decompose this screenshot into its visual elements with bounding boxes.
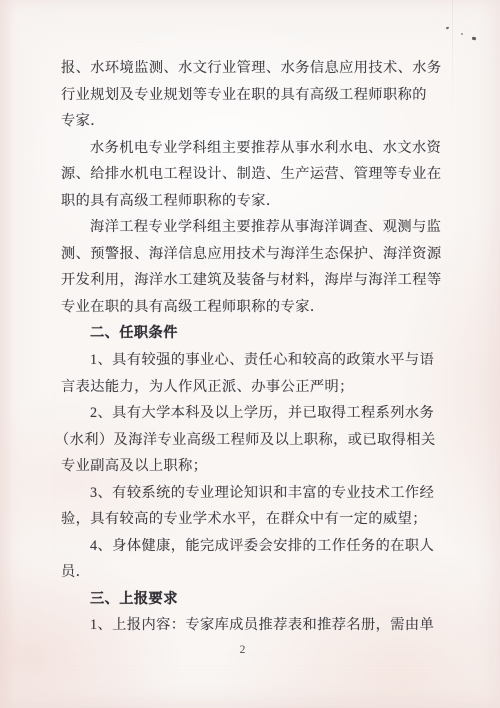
text-line: 专业副高及以上职称； bbox=[61, 453, 449, 480]
text-line: 2、具有大学本科及以上学历，并已取得工程系列水务 bbox=[61, 400, 449, 427]
text-line: 报、水环境监测、水文行业管理、水务信息应用技术、水务 bbox=[61, 55, 449, 82]
document-text: 报、水环境监测、水文行业管理、水务信息应用技术、水务 行业规划及专业规划等专业在… bbox=[61, 55, 449, 639]
text-line: 3、有较系统的专业理论知识和丰富的专业技术工作经 bbox=[61, 480, 449, 507]
text-line: 验，具有较高的专业学术水平，在群众中有一定的威望； bbox=[61, 506, 449, 533]
text-line: 4、身体健康，能完成评委会安排的工作任务的在职人 bbox=[61, 533, 449, 560]
text-line: 海洋工程专业学科组主要推荐从事海洋调查、观测与监 bbox=[61, 214, 449, 241]
text-line: 言表达能力，为人作风正派、办事公正严明； bbox=[61, 374, 449, 401]
paper-crease bbox=[452, 0, 453, 120]
text-line: 职的具有高级工程师职称的专家． bbox=[61, 188, 449, 215]
scanned-page: 报、水环境监测、水文行业管理、水务信息应用技术、水务 行业规划及专业规划等专业在… bbox=[0, 0, 500, 708]
section-heading: 三、上报要求 bbox=[61, 586, 449, 613]
text-line: （水利）及海洋专业高级工程师及以上职称，或已取得相关 bbox=[61, 427, 449, 454]
text-line: 开发利用，海洋水工建筑及装备与材料，海岸与海洋工程等 bbox=[61, 267, 449, 294]
ink-speck bbox=[461, 33, 463, 35]
text-line: 行业规划及专业规划等专业在职的具有高级工程师职称的 bbox=[61, 82, 449, 109]
text-line: 源、给排水机电工程设计、制造、生产运营、管理等专业在 bbox=[61, 161, 449, 188]
text-line: 测、预警报、海洋信息应用技术与海洋生态保护、海洋资源 bbox=[61, 241, 449, 268]
text-line: 水务机电专业学科组主要推荐从事水利水电、水文水资 bbox=[61, 135, 449, 162]
ink-speck bbox=[472, 37, 477, 41]
text-line: 员． bbox=[61, 559, 449, 586]
text-line: 专家． bbox=[61, 108, 449, 135]
text-line: 专业在职的具有高级工程师职称的专家． bbox=[61, 294, 449, 321]
text-line: 1、上报内容：专家库成员推荐表和推荐名册，需由单 bbox=[61, 612, 449, 639]
text-line: 1、具有较强的事业心、责任心和较高的政策水平与语 bbox=[61, 347, 449, 374]
page-number: 2 bbox=[0, 644, 486, 656]
section-heading: 二、任职条件 bbox=[61, 320, 449, 347]
ink-speck bbox=[446, 26, 450, 29]
